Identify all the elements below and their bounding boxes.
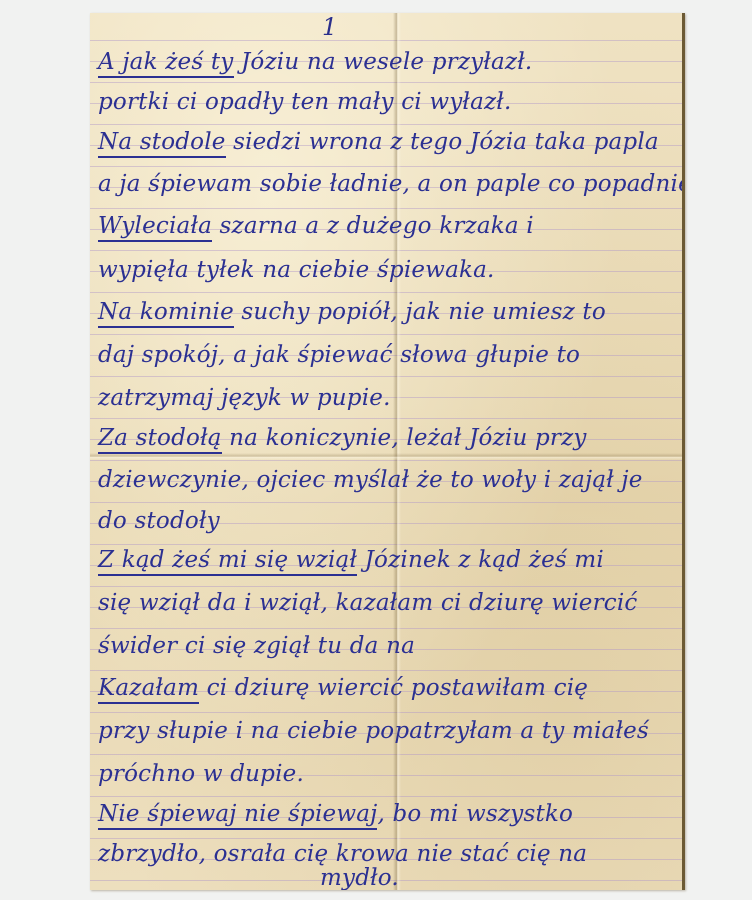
page-number: 1	[322, 13, 337, 41]
verse-5-line-1: Za stodołą na koniczynie, leżał Józiu pr…	[98, 423, 587, 453]
verse-6-line-1: Z kąd żeś mi się wziął Józinek z kąd żeś…	[98, 545, 604, 575]
underlined-lead: Z kąd żeś mi się wziął	[98, 547, 357, 576]
line-text: Józinek z kąd żeś mi	[357, 547, 604, 573]
verse-7-line-3: próchno w dupie.	[98, 759, 304, 789]
line-text: a ja śpiewam sobie ładnie, a on paple co…	[98, 171, 685, 197]
verse-1-line-1: A jak żeś ty Józiu na wesele przyłazł.	[98, 47, 532, 77]
verse-8-line-1: Nie śpiewaj nie śpiewaj, bo mi wszystko	[98, 799, 573, 829]
line-text: portki ci opadły ten mały ci wyłazł.	[98, 89, 511, 115]
line-text: przy słupie i na ciebie popatrzyłam a ty…	[98, 718, 649, 744]
verse-2-line-1: Na stodole siedzi wrona z tego Józia tak…	[98, 127, 659, 157]
verse-2-line-2: a ja śpiewam sobie ładnie, a on paple co…	[98, 169, 685, 199]
underlined-lead: Na stodole	[98, 129, 226, 158]
line-text: szarna a z dużego krzaka i	[212, 213, 534, 239]
line-text: , bo mi wszystko	[377, 801, 573, 827]
line-text: daj spokój, a jak śpiewać słowa głupie t…	[98, 342, 580, 368]
horizontal-fold-crease	[90, 453, 682, 460]
verse-3-line-1: Wyleciała szarna a z dużego krzaka i	[98, 211, 534, 241]
underlined-lead: A jak żeś ty	[98, 49, 234, 78]
verse-7-line-2: przy słupie i na ciebie popatrzyłam a ty…	[98, 716, 649, 746]
line-text: zatrzymaj język w pupie.	[98, 385, 391, 411]
verse-4-line-2: daj spokój, a jak śpiewać słowa głupie t…	[98, 340, 580, 370]
verse-1-line-2: portki ci opadły ten mały ci wyłazł.	[98, 87, 511, 117]
verse-4-line-3: zatrzymaj język w pupie.	[98, 383, 391, 413]
line-text: ci dziurę wiercić postawiłam cię	[199, 675, 588, 701]
verse-5-line-3: do stodoły	[98, 506, 220, 536]
line-text: suchy popiół, jak nie umiesz to	[234, 299, 606, 325]
verse-6-line-3: świder ci się zgiął tu da na	[98, 631, 415, 661]
line-text: Józiu na wesele przyłazł.	[234, 49, 533, 75]
verse-7-line-1: Kazałam ci dziurę wiercić postawiłam cię	[98, 673, 588, 703]
underlined-lead: Na kominie	[98, 299, 234, 328]
verse-5-line-2: dziewczynie, ojciec myślał że to woły i …	[98, 465, 643, 495]
underlined-lead: Nie śpiewaj nie śpiewaj	[98, 801, 377, 830]
line-text: się wziął da i wziął, kazałam ci dziurę …	[98, 590, 638, 616]
notebook-page: 1 A jak żeś ty Józiu na wesele przyłazł.…	[90, 13, 685, 890]
line-text: na koniczynie, leżał Józiu przy	[222, 425, 587, 451]
line-text: mydło.	[320, 865, 399, 890]
line-text: do stodoły	[98, 508, 220, 534]
verse-6-line-2: się wziął da i wziął, kazałam ci dziurę …	[98, 588, 638, 618]
line-text: dziewczynie, ojciec myślał że to woły i …	[98, 467, 643, 493]
underlined-lead: Wyleciała	[98, 213, 212, 242]
underlined-lead: Za stodołą	[98, 425, 222, 454]
verse-3-line-2: wypięła tyłek na ciebie śpiewaka.	[98, 255, 495, 285]
line-text: próchno w dupie.	[98, 761, 304, 787]
line-text: świder ci się zgiął tu da na	[98, 633, 415, 659]
verse-8-line-3: mydło.	[320, 863, 399, 890]
line-text: siedzi wrona z tego Józia taka papla	[226, 129, 659, 155]
underlined-lead: Kazałam	[98, 675, 199, 704]
line-text: wypięła tyłek na ciebie śpiewaka.	[98, 257, 495, 283]
verse-4-line-1: Na kominie suchy popiół, jak nie umiesz …	[98, 297, 606, 327]
